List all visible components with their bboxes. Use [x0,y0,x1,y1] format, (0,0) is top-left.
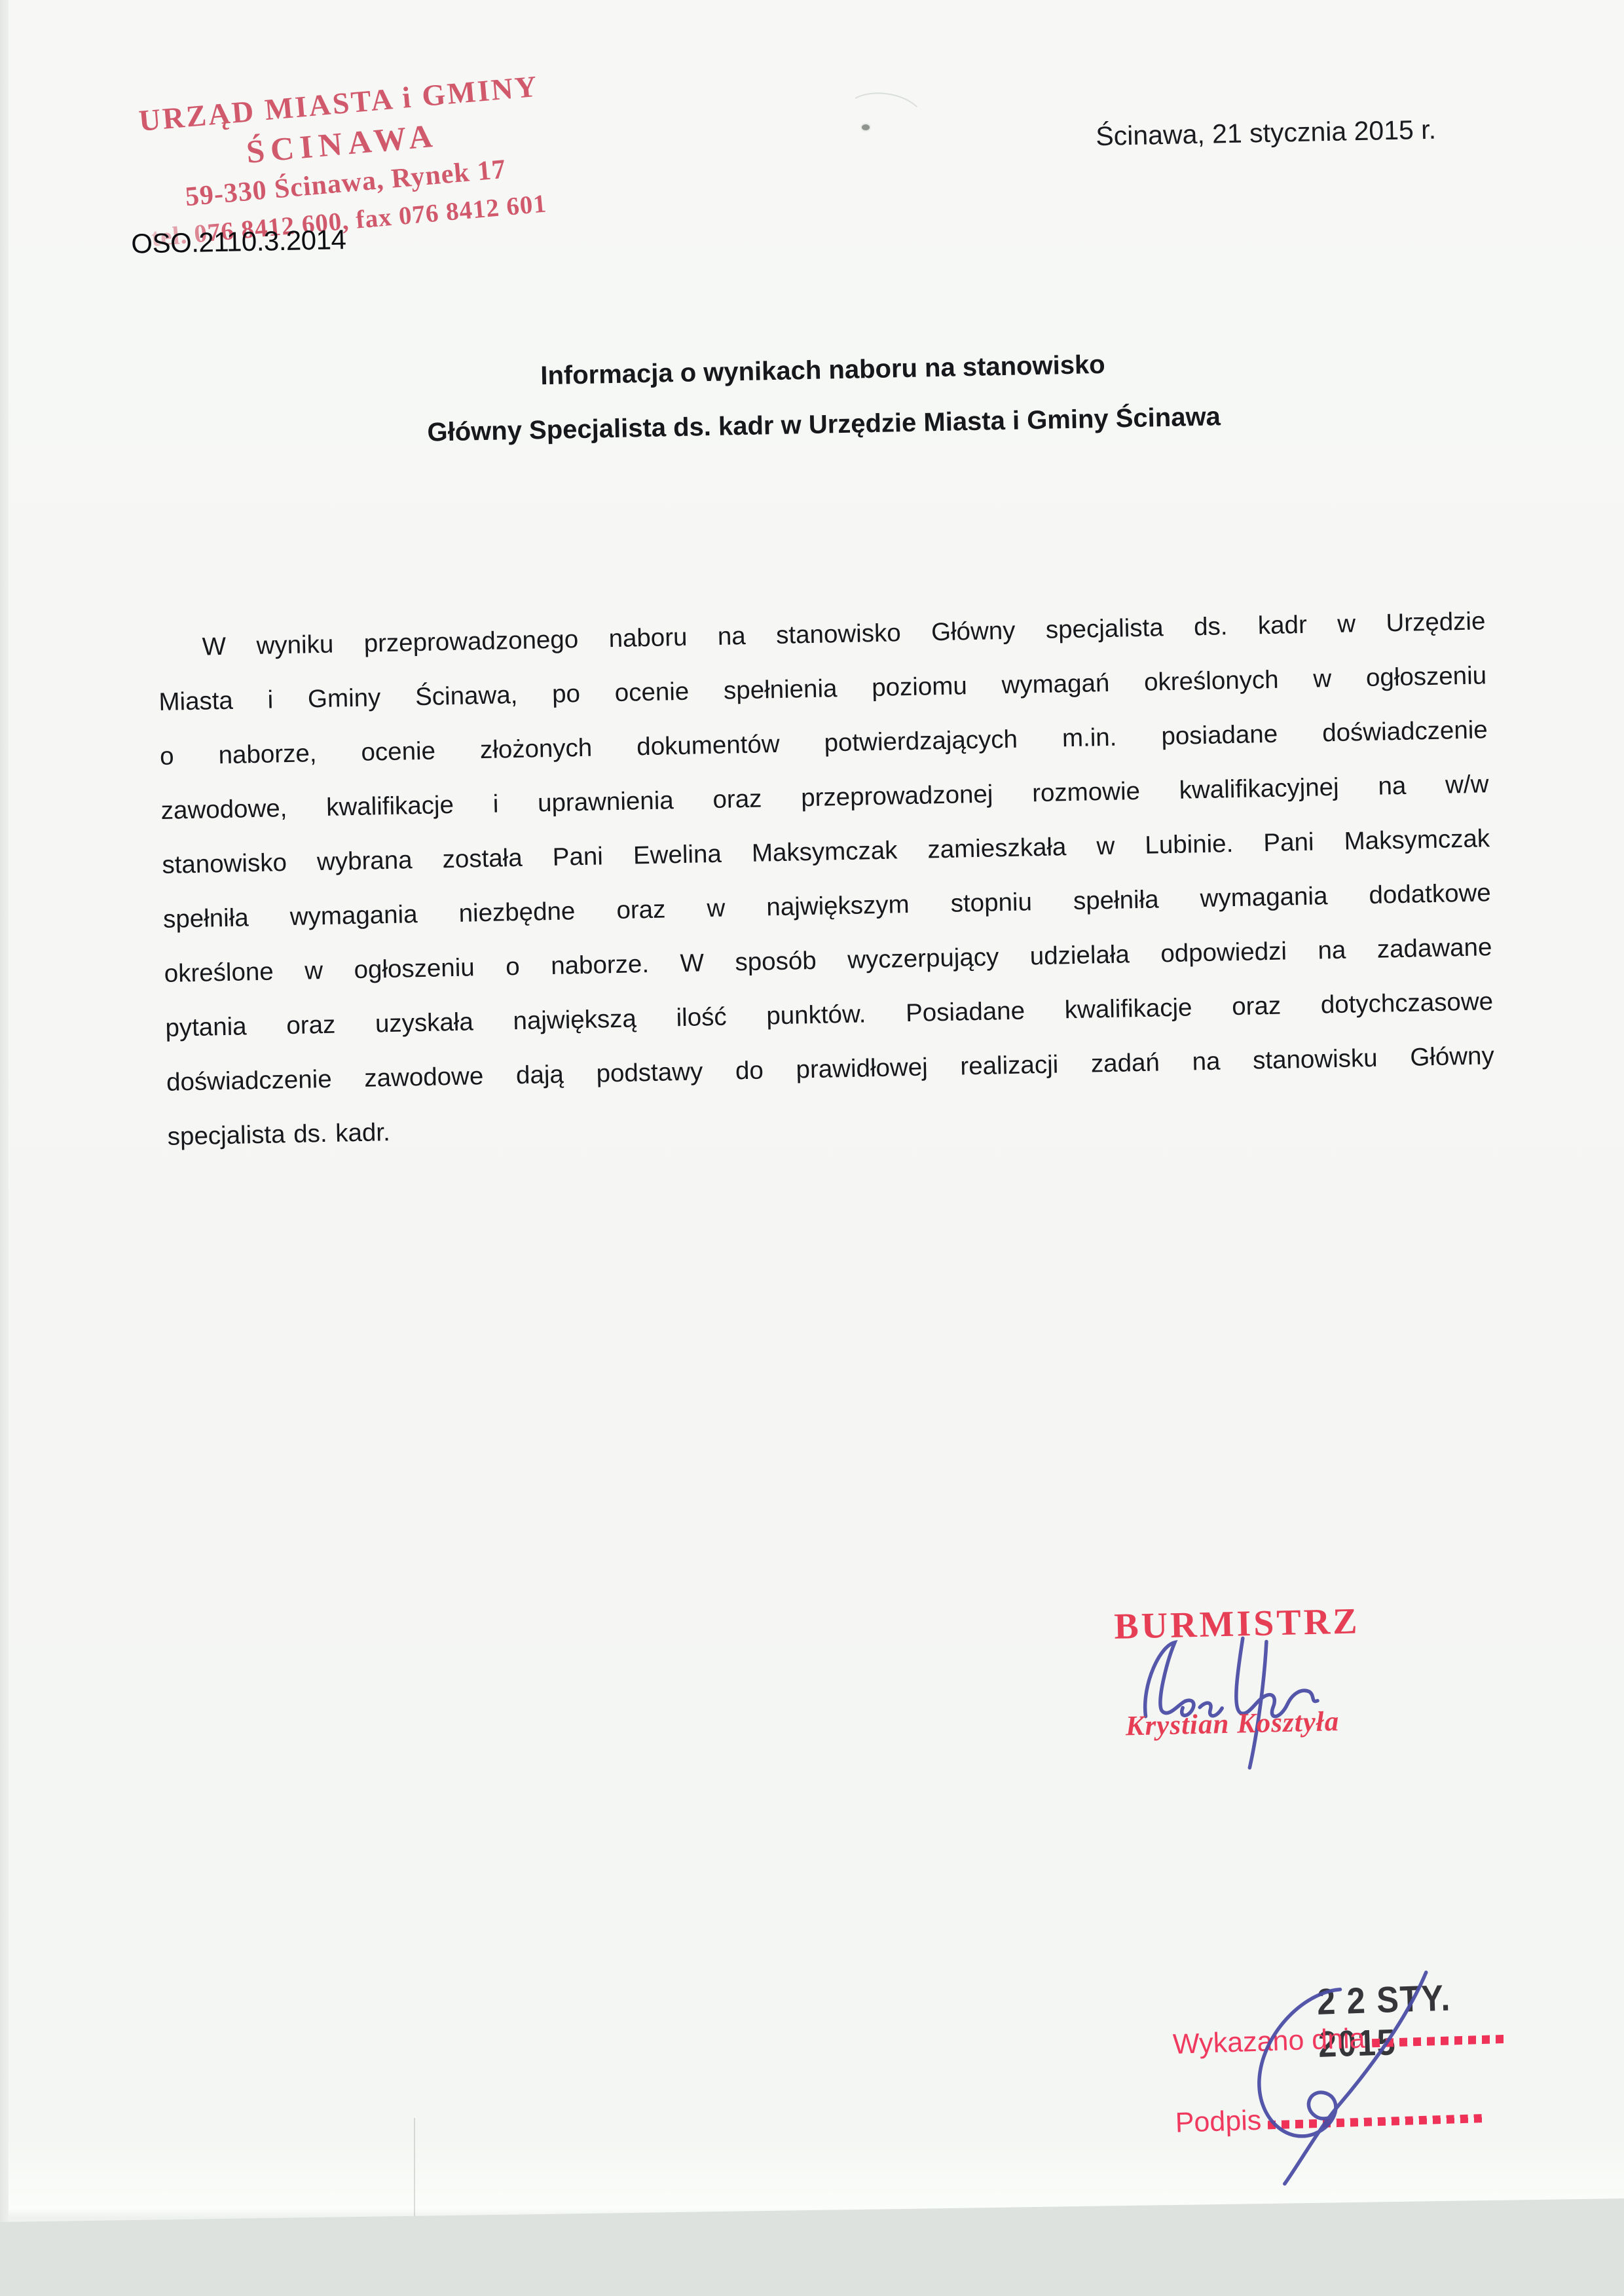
paper-sheet: URZĄD MIASTA i GMINY ŚCINAWA 59-330 Ścin… [0,0,1624,2296]
body-paragraph: W wyniku przeprowadzonego naboru na stan… [157,594,1496,1164]
document-title: Informacja o wynikach naboru na stanowis… [158,341,1488,454]
place-and-date: Ścinawa, 21 stycznia 2015 r. [1096,115,1436,152]
reference-number: OSO.2110.3.2014 [131,224,346,260]
typed-content: OSO.2110.3.2014 Ścinawa, 21 stycznia 201… [0,0,1624,2296]
footer-registry-stamp: 2 2 STY. 2015 Wykazano dnia Podpis [1172,1981,1547,2267]
mayor-name-stamp: Krystian Kosztyła [1125,1705,1339,1742]
mayor-signature-block: BURMISTRZ Krystian Kosztyła [1114,1599,1393,1802]
title-line-2: Główny Specjalista ds. kadr w Urzędzie M… [160,395,1488,454]
title-line-1: Informacja o wynikach naboru na stanowis… [158,341,1487,399]
handwritten-signature-footer [1230,1966,1512,2210]
handwritten-signature-mayor [1115,1627,1340,1783]
scanned-document: URZĄD MIASTA i GMINY ŚCINAWA 59-330 Ścin… [0,0,1624,2296]
